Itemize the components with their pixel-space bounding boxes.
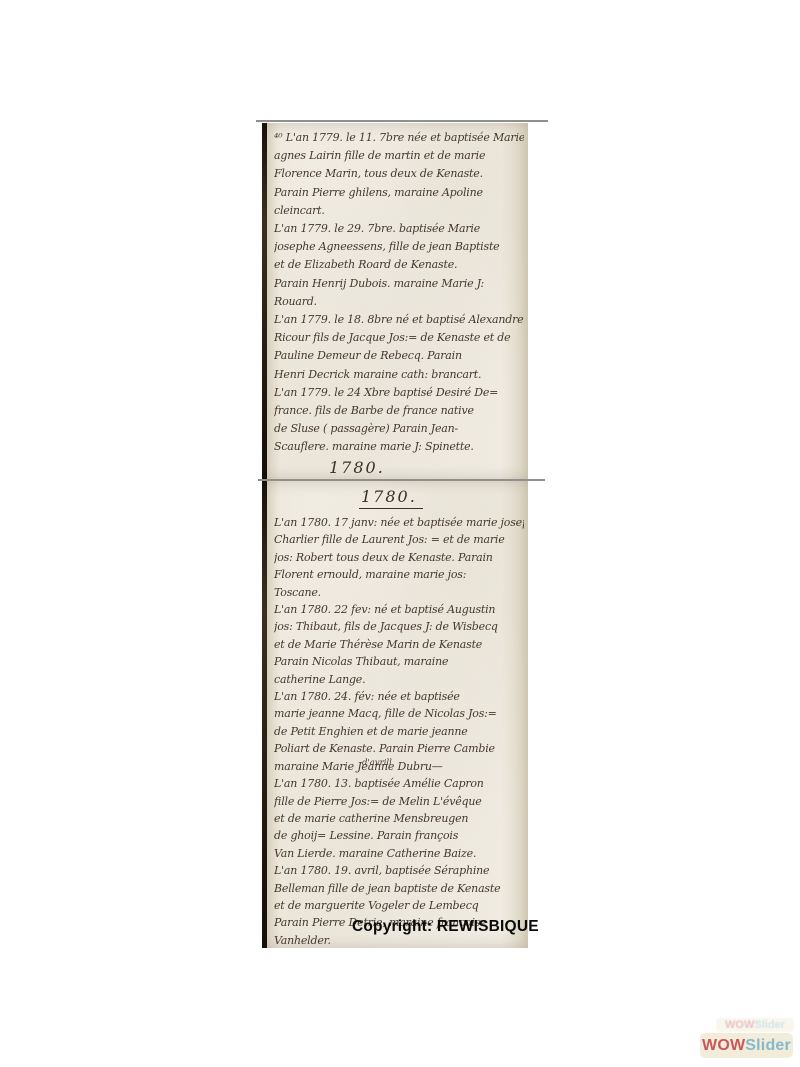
manuscript-scan-1780: 1780. L'an 1780. 17 janv: née et baptisé…	[262, 481, 528, 948]
manuscript-line: marie jeanne Macq, fille de Nicolas Jos:…	[274, 705, 524, 722]
manuscript-text-1780: 1780. L'an 1780. 17 janv: née et baptisé…	[262, 481, 528, 949]
manuscript-line: catherine Lange.	[274, 671, 524, 688]
copyright-overlay: Copyright: REWISBIQUE	[352, 917, 539, 936]
manuscript-line: L'an 1779. le 29. 7bre. baptisée Marie	[274, 220, 524, 238]
manuscript-line: cleincart.	[274, 202, 524, 220]
manuscript-line: ⁴⁰ L'an 1779. le 11. 7bre née et baptisé…	[274, 129, 524, 147]
manuscript-line: Florence Marin, tous deux de Kenaste.	[274, 165, 524, 183]
manuscript-text-1779: ⁴⁰ L'an 1779. le 11. 7bre née et baptisé…	[262, 123, 528, 479]
manuscript-line: Parain Henrij Dubois. maraine Marie J:	[274, 275, 524, 293]
manuscript-line: L'an 1780. 22 fev: né et baptisé Augusti…	[274, 601, 524, 618]
manuscript-line: Henri Decrick maraine cath: brancart.	[274, 366, 524, 384]
manuscript-line: Rouard.	[274, 293, 524, 311]
manuscript-line: et de Elizabeth Roard de Kenaste.	[274, 256, 524, 274]
manuscript-line: Poliart de Kenaste. Parain Pierre Cambie	[274, 740, 524, 757]
wowslider-watermark[interactable]: WOWSlider	[700, 1033, 793, 1058]
manuscript-line: L'an 1779. le 24 Xbre baptisé Desiré De=	[274, 384, 524, 402]
manuscript-line: Van Lierde. maraine Catherine Baize.	[274, 845, 524, 862]
manuscript-line: jos: Robert tous deux de Kenaste. Parain	[274, 549, 524, 566]
manuscript-line: Toscane.	[274, 584, 524, 601]
manuscript-line: L'an 1779. le 18. 8bre né et baptisé Ale…	[274, 311, 524, 329]
manuscript-line: agnes Lairin fille de martin et de marie	[274, 147, 524, 165]
manuscript-line: de Petit Enghien et de marie jeanne	[274, 723, 524, 740]
manuscript-line: Scauflere. maraine marie J: Spinette.	[274, 438, 524, 456]
manuscript-line: fille de Pierre Jos:= de Melin L'évêque	[274, 793, 524, 810]
manuscript-line: Charlier fille de Laurent Jos: = et de m…	[274, 531, 524, 548]
year-heading-1780: 1780.	[359, 487, 423, 509]
manuscript-line: Ricour fils de Jacque Jos:= de Kenaste e…	[274, 329, 524, 347]
watermark-slider-text: Slider	[745, 1033, 791, 1058]
manuscript-line: L'an 1780. 19. avril, baptisée Séraphine	[274, 862, 524, 879]
year-footer-1780: 1780.	[329, 457, 524, 479]
manuscript-line: L'an 1780. 13. baptisée Amélie Capron	[274, 775, 524, 792]
manuscript-lines-1779: ⁴⁰ L'an 1779. le 11. 7bre née et baptisé…	[274, 129, 524, 457]
manuscript-line: L'an 1780. 17 janv: née et baptisée mari…	[274, 514, 524, 531]
manuscript-line: jos: Thibaut, fils de Jacques J: de Wisb…	[274, 618, 524, 635]
manuscript-line: Parain Nicolas Thibaut, maraine	[274, 653, 524, 670]
manuscript-lines-1780: L'an 1780. 17 janv: née et baptisée mari…	[274, 514, 524, 949]
manuscript-line: de ghoij= Lessine. Parain françois	[274, 827, 524, 844]
manuscript-scan-1779: ⁴⁰ L'an 1779. le 11. 7bre née et baptisé…	[262, 123, 528, 479]
manuscript-line: et de Marie Thérèse Marin de Kenaste	[274, 636, 524, 653]
watermark-slider-text-ghost: Slider	[754, 1019, 785, 1031]
manuscript-line: josephe Agneessens, fille de jean Baptis…	[274, 238, 524, 256]
wowslider-watermark-ghost: WOWSlider	[716, 1018, 794, 1032]
manuscript-line: Pauline Demeur de Rebecq. Parain	[274, 347, 524, 365]
manuscript-line: et de marguerite Vogeler de Lembecq	[274, 897, 524, 914]
watermark-wow-text-ghost: WOW	[725, 1019, 754, 1031]
manuscript-line: Belleman fille de jean baptiste de Kenas…	[274, 880, 524, 897]
manuscript-line: L'an 1780. 24. fév: née et baptisée	[274, 688, 524, 705]
scan-page: ⁴⁰ L'an 1779. le 11. 7bre née et baptisé…	[0, 0, 800, 1067]
scan-divider-top	[256, 120, 548, 122]
manuscript-line: france. fils de Barbe de france native	[274, 402, 524, 420]
manuscript-line: maraine Marie Jeanne Dubru—	[274, 758, 524, 775]
manuscript-line: de Sluse ( passagère) Parain Jean-	[274, 420, 524, 438]
manuscript-line: Florent ernould, maraine marie jos:	[274, 566, 524, 583]
manuscript-line: et de marie catherine Mensbreugen	[274, 810, 524, 827]
watermark-wow-text: WOW	[702, 1033, 745, 1058]
manuscript-line: Parain Pierre ghilens, maraine Apoline	[274, 184, 524, 202]
interlinear-annotation: d'avrill	[362, 759, 392, 768]
